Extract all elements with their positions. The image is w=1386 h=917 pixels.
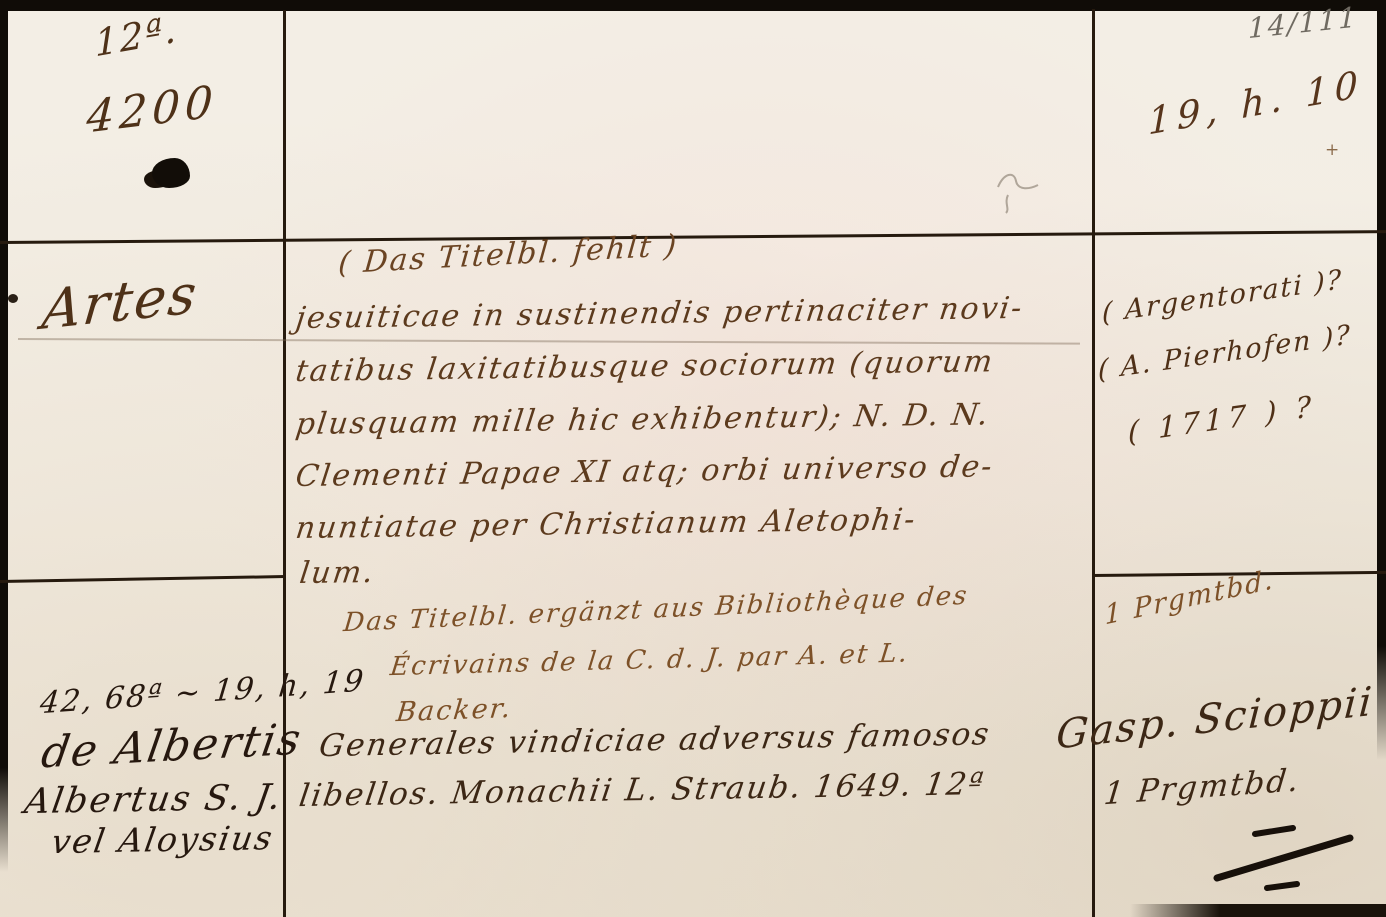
main-entry-line: lum. — [298, 555, 377, 591]
pencil-squiggle — [990, 165, 1060, 215]
horizontal-rule-top — [0, 230, 1386, 244]
imprint-guess-place: ( Argentorati )? — [1102, 264, 1343, 329]
shelfmark: 19, h. 10 — [1148, 62, 1364, 144]
imprint-guess-year: ( 1717 ) ? — [1128, 389, 1316, 450]
binding-note-bottom: 1 Prgmtbd. — [1102, 762, 1302, 812]
accession-number: 4200 — [85, 76, 219, 144]
main-entry-line: nuntiatae per Christianum Aletophi- — [294, 502, 919, 546]
imprint-guess-printer: ( A. Pierhofen )? — [1098, 319, 1352, 386]
author-entry-word: de Albertis — [38, 714, 306, 778]
main-entry-heading: ( Das Titelbl. fehlt ) — [337, 228, 680, 281]
vertical-rule-right-column — [1092, 9, 1095, 917]
second-entry-line: libellos. Monachii L. Straub. 1649. 12ª — [297, 766, 988, 814]
horizontal-rule-left-segment — [0, 575, 285, 583]
scan-edge-bottom-right — [1130, 904, 1386, 917]
main-entry-line: plusquam mille hic exhibentur); N. D. N. — [294, 397, 992, 442]
main-entry-line: jesuiticae in sustinendis pertinaciter n… — [294, 291, 1026, 336]
scan-edge-right — [1377, 0, 1386, 760]
source-note-line: Écrivains de la C. d. J. par A. et L. — [389, 638, 911, 682]
reference-numbers: 42, 68ª ~ 19, h, 19 — [38, 663, 367, 721]
second-entry-author-continuation: Gasp. Scioppii — [1055, 679, 1375, 759]
main-entry-line: Clementi Papae XI atq; orbi universo de- — [294, 449, 996, 494]
source-note-line: Backer. — [395, 693, 514, 728]
catalog-card: 12ª. 4200 14/111 19, h. 10 + Artes ( Das… — [0, 0, 1386, 917]
format-note: 12ª. — [94, 7, 179, 65]
ink-blot — [152, 158, 190, 188]
main-entry-line: tatibus laxitatibusque sociorum (quorum — [294, 344, 997, 389]
pencil-guideline — [18, 338, 1080, 345]
small-cross-mark: + — [1325, 140, 1341, 160]
cancellation-mark — [1205, 826, 1365, 896]
scan-edge-top — [0, 0, 1386, 11]
author-alt-name: vel Aloysius — [49, 818, 277, 861]
scan-edge-left — [0, 0, 8, 872]
source-note-line: Das Titelbl. ergänzt aus Bibliothèque de… — [342, 581, 970, 638]
paper-speck — [8, 294, 18, 303]
author-name: Albertus S. J. — [22, 778, 286, 823]
subject-label: Artes — [39, 262, 201, 342]
